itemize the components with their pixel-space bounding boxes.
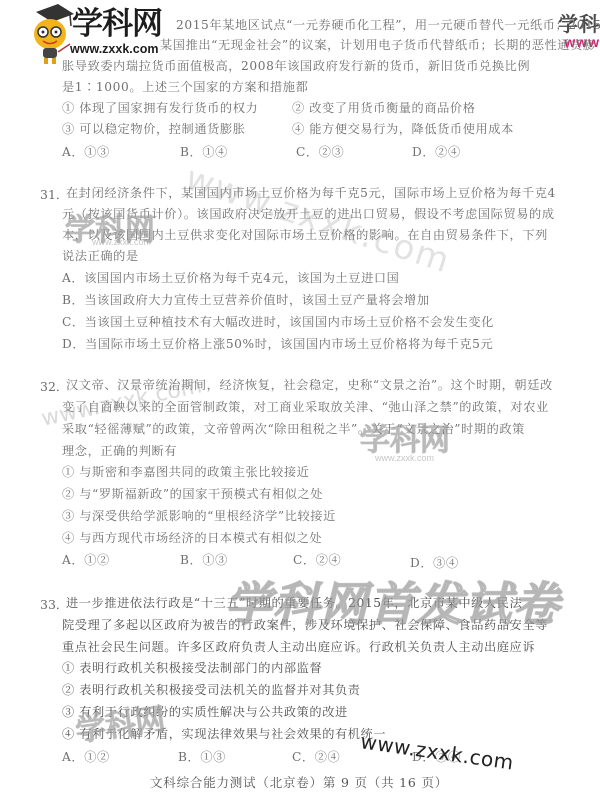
q30-stem-line-1: 2015年某地区试点“一元券硬币化工程”，用一元硬币替代一元纸币；2015年 [176, 17, 600, 33]
watermark-url-small: www.zxxk.com [375, 453, 434, 463]
q32-statement-1: ① 与斯密和李嘉图共同的政策主张比较接近 [62, 464, 309, 480]
q32-stem-line-3: 采取“轻徭薄赋”的政策，文帝曾两次“除田租税之半”。关于“文景之治”时期的政策 [62, 421, 525, 437]
q30-statement-4: ④ 能方便交易行为，降低货币使用成本 [292, 121, 514, 137]
q33-option-d: D．③④ [412, 748, 461, 765]
q33-option-a: A．①② [62, 748, 110, 765]
q32-statement-4: ④ 与西方现代市场经济的日本模式有相似之处 [62, 530, 322, 546]
q31-stem-line-4: 说法正确的是 [62, 248, 139, 264]
q30-stem-line-2: 某国推出“无现金社会”的议案，计划用电子货币代替纸币；长期的恶性通货膨 [160, 37, 596, 53]
q33-stem-line-3: 重点社会民生问题。许多区政府负责人主动出庭应诉。行政机关负责人主动出庭应诉 [62, 639, 535, 655]
q31-option-b: B．当该国政府大力宣传土豆营养价值时，该国土豆产量将会增加 [62, 292, 430, 308]
q32-number: 32． [40, 377, 68, 395]
q33-number: 33． [40, 595, 68, 613]
q30-option-a: A．①③ [62, 143, 110, 160]
q33-option-b: B．①③ [178, 748, 226, 765]
q32-option-d: D．③④ [410, 554, 459, 571]
q32-stem-line-1: 汉文帝、汉景帝统治期间，经济恢复，社会稳定，史称“文景之治”。这个时期，朝廷改 [66, 377, 553, 393]
q32-option-c: C．②④ [293, 551, 341, 568]
q30-statement-1: ① 体现了国家拥有发行货币的权力 [62, 100, 258, 116]
page-footer: 文科综合能力测试（北京卷）第 9 页（共 16 页） [150, 773, 448, 791]
logo-text: 学科网 [72, 6, 162, 42]
q31-option-d: D．当国际市场土豆价格上涨50%时，该国国内市场土豆价格将为每千克5元 [62, 336, 493, 352]
q33-statement-3: ③ 有利于行政纠纷的实质性解决与公共政策的改进 [62, 704, 348, 720]
logo-url: www.zxxk.com [70, 42, 158, 56]
q30-option-d: D．②④ [412, 143, 461, 160]
q30-statement-2: ② 改变了用货币衡量的商品价格 [292, 100, 476, 116]
q32-option-b: B．①③ [180, 551, 228, 568]
q33-stem-line-1: 进一步推进依法行政是“十三五”时期的重要任务。2015年，北京市某中级人民法 [66, 595, 522, 611]
q32-statement-2: ② 与“罗斯福新政”的国家干预模式有相似之处 [62, 486, 323, 502]
q33-option-c: C．②④ [292, 748, 340, 765]
exam-page: 学科网 www.zxxk.com 学科 www 2015年某地区试点“一元券硬币… [0, 0, 600, 800]
q30-option-b: B．①④ [180, 143, 228, 160]
q32-stem-line-2: 变了自商鞅以来的全面管制政策，对工商业采取放关津、“弛山泽之禁”的政策，对农业 [62, 399, 549, 415]
q31-stem-line-1: 在封闭经济条件下，某国国内市场土豆价格为每千克5元，国际市场上豆价格为每千克4 [66, 185, 556, 201]
q33-statement-1: ① 表明行政机关积极接受法制部门的内部监督 [62, 660, 322, 676]
q33-stem-line-2: 院受理了多起以区政府为被告的行政案件，涉及环境保护、社会保障、食品药品安全等 [62, 617, 548, 633]
q30-statement-3: ③ 可以稳定物价，控制通货膨胀 [62, 121, 246, 137]
q32-stem-line-4: 理念，正确的判断有 [62, 443, 177, 459]
mascot-icon [30, 4, 74, 64]
q31-stem-line-3: 本，以及该国国内土豆供求变化对国际市场土豆价格的影响。在自由贸易条件下，下列 [62, 227, 548, 243]
q31-option-c: C．当该国土豆种植技术有大幅改进时，该国国内市场土豆价格不会发生变化 [62, 314, 494, 330]
q31-stem-line-2: 元（按该国货币计价）。该国政府决定放开土豆的进出口贸易，假设不考虑国际贸易的成 [62, 206, 555, 222]
q30-stem-line-4: 是1∶1000。上述三个国家的方案和措施都 [62, 79, 308, 95]
q31-number: 31． [40, 185, 68, 203]
q33-statement-2: ② 表明行政机关积极接受司法机关的监督并对其负责 [62, 682, 361, 698]
q30-option-c: C．②③ [296, 143, 344, 160]
q33-statement-4: ④ 有利于化解矛盾，实现法律效果与社会效果的有机统一 [62, 726, 386, 742]
q32-option-a: A．①② [62, 551, 110, 568]
q32-statement-3: ③ 与深受供给学派影响的“里根经济学”比较接近 [62, 508, 336, 524]
q31-option-a: A．该国国内市场土豆价格为每千克4元，该国为土豆进口国 [62, 270, 399, 286]
q30-stem-line-3: 胀导致委内瑞拉货币面值极高，2008年该国政府发行新的货币，新旧货币兑换比例 [62, 58, 530, 74]
